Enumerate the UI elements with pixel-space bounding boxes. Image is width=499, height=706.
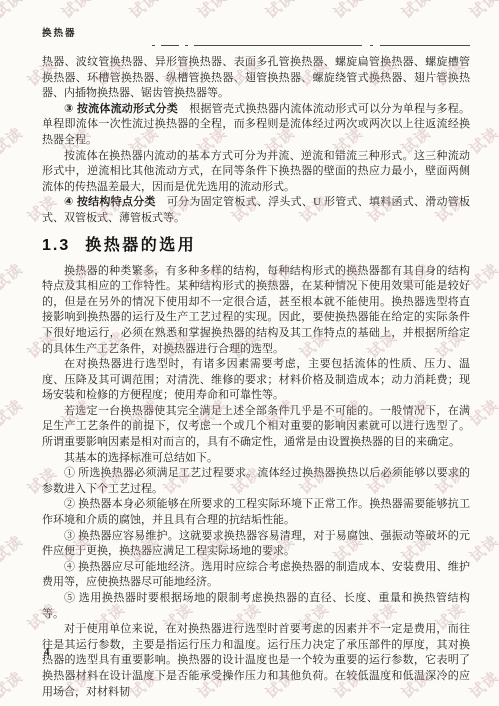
watermark-stamp: 试读 [0,122,27,159]
paragraph: 热器、波纹管换热器、异形管换热器、表面多孔管换热器、螺旋扁管换热器、螺旋槽管换热… [42,55,470,102]
watermark-stamp: 试读 [397,0,435,23]
paragraph: ④ 按结构特点分类 可分为固定管板式、浮头式、U 形管式、填料函式、滑动管板式、… [42,195,470,226]
paragraph: ③ 按流体流动形式分类 根据管壳式换热器内流体流动形式可以分为单程与多程。单程即… [42,102,470,149]
watermark-stamp: 试读 [261,0,299,23]
watermark-stamp: 试读 [0,0,27,23]
paragraph: 其基本的选择标准可总结如下。 [42,451,470,467]
watermark-stamp: 试读 [465,122,499,159]
header-rule [152,45,470,46]
paragraph: ④ 换热器应尽可能地经济。选用时应综合考虑换热器的制造成本、安装费用、维护费用等… [42,560,470,591]
paragraph: 若选定一台换热器使其完全满足上述全部条件几乎是不可能的。一般情况下，在满足生产工… [42,404,470,451]
paragraph: 对于使用单位来说，在对换热器进行选型时首要考虑的因素并不一定是费用，而往往是其运… [42,622,470,700]
watermark-stamp: 试读 [465,666,499,703]
paragraph: ② 换热器本身必须能够在所要求的工程实际环境下正常工作。换热器需要能够抗工作环境… [42,497,470,528]
watermark-stamp: 试读 [0,666,27,703]
watermark-stamp: 试读 [329,0,367,23]
watermark-stamp: 试读 [125,0,163,23]
section-number: 1.3 [42,237,70,254]
watermark-stamp: 试读 [0,258,27,295]
paragraph: 换热器的种类繁多，有多种多样的结构，每种结构形式的换热器都有其自身的结构特点及其… [42,264,470,358]
classification-label: ③ 按流体流动形式分类 [64,103,178,115]
document-page: 换热器 热器、波纹管换热器、异形管换热器、表面多孔管换热器、螺旋扁管换热器、螺旋… [0,0,499,706]
section-title: 换热器的选用 [85,237,196,254]
page-body: 热器、波纹管换热器、异形管换热器、表面多孔管换热器、螺旋扁管换热器、螺旋槽管换热… [42,55,470,700]
watermark-stamp: 试读 [465,258,499,295]
paragraph: ③ 换热器应容易维护。这就要求换热器容易清理，对于易腐蚀、强振动等破坏的元件应便… [42,529,470,560]
watermark-stamp: 试读 [0,394,27,431]
intro-paragraphs: 热器、波纹管换热器、异形管换热器、表面多孔管换热器、螺旋扁管换热器、螺旋槽管换热… [42,55,470,227]
watermark-stamp: 试读 [465,394,499,431]
watermark-stamp: 试读 [0,530,27,567]
paragraph: 在对换热器进行选型时，有诸多因素需要考虑，主要包括流体的性质、压力、温度、压降及… [42,357,470,404]
page-number: 4 [44,646,50,658]
section-paragraphs: 换热器的种类繁多，有多种多样的结构，每种结构形式的换热器都有其自身的结构特点及其… [42,264,470,701]
running-header-title: 换热器 [42,25,77,39]
section-heading: 1.3换热器的选用 [42,236,470,256]
watermark-stamp: 试读 [465,530,499,567]
watermark-stamp: 试读 [465,0,499,23]
paragraph: ⑤ 选用换热器时要根据场地的限制考虑换热器的直径、长度、重量和换热管结构等。 [42,591,470,622]
classification-label: ④ 按结构特点分类 [64,196,156,208]
watermark-stamp: 试读 [193,0,231,23]
watermark-stamp: 试读 [57,0,95,23]
paragraph: ① 所选换热器必须满足工艺过程要求。流体经过换热器换热以后必须能够以要求的参数进… [42,466,470,497]
paragraph: 按流体在换热器内流动的基本方式可分为并流、逆流和错流三种形式。这三种流动形式中，… [42,149,470,196]
